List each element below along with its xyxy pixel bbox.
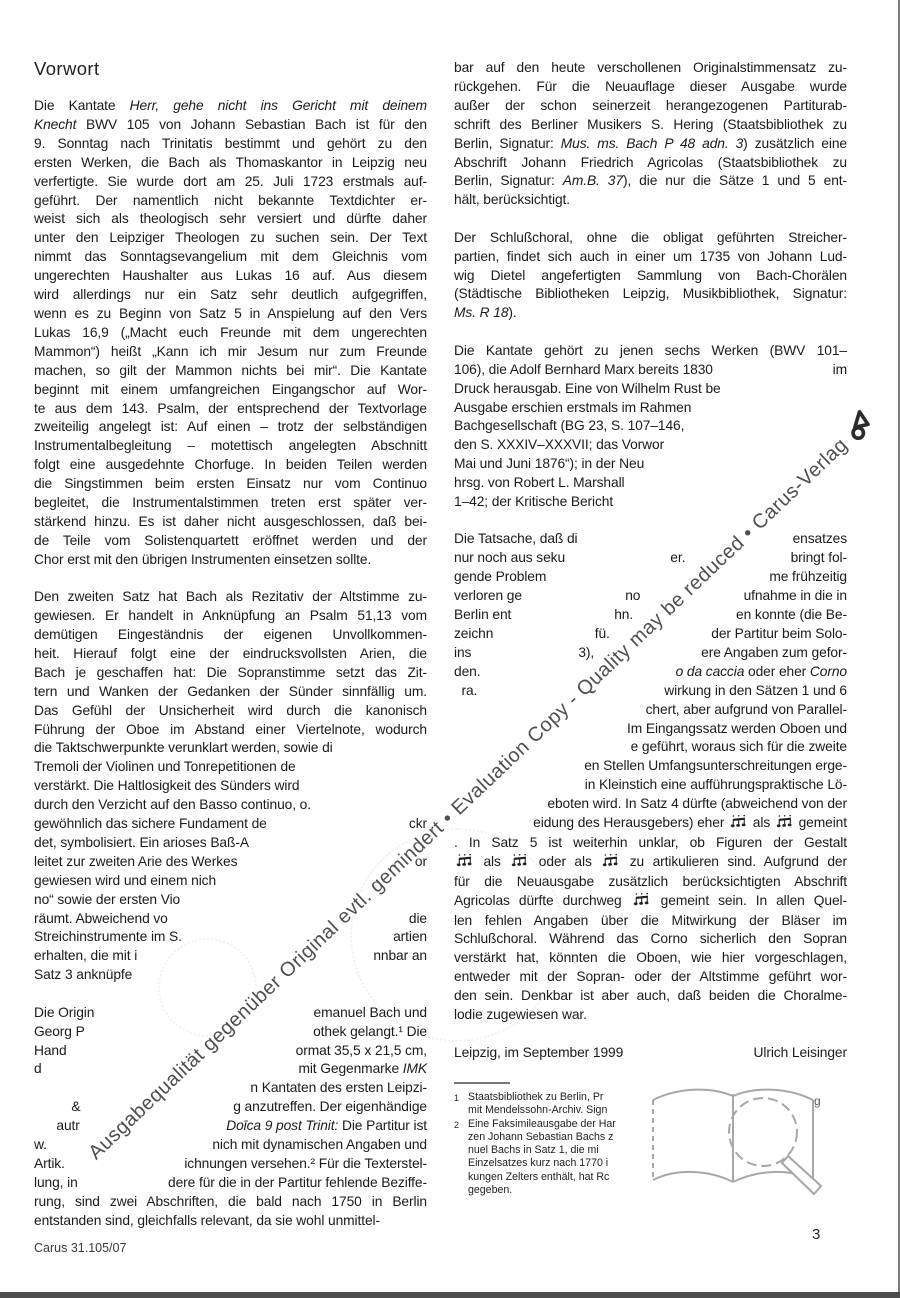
text-fragment: erhalten, die mit i <box>34 947 137 966</box>
text-line: Druck herausgab. Eine von Wilhelm Rust b… <box>454 380 847 399</box>
text-line: durch den Verzicht auf den Basso continu… <box>34 796 427 815</box>
text-line: wird allerdings nur ein Satz sehr deutli… <box>34 286 427 305</box>
text-line: hält, berücksichtigt. <box>454 191 847 210</box>
text-line: weist sich als theologisch sehr versiert… <box>34 210 427 229</box>
magnifier-handle <box>782 1156 821 1194</box>
text-line: Schlußchoral. Während das Corno sicherli… <box>454 930 847 949</box>
text-line: begleitet, die Instrumentalstimmen trete… <box>34 494 427 513</box>
text-line: verstärkt hat, könnten die Oboen, wie hi… <box>454 949 847 968</box>
text-line: Agricolas dürfte durchweg gemeint sein. … <box>454 892 847 912</box>
text-fragment: wirkung in den Sätzen 1 und 6 <box>664 682 847 701</box>
text-fragment: en Stellen Umfangsunterschreitungen erge… <box>584 757 847 776</box>
book-magnifier-logo <box>645 1086 830 1205</box>
text-line: dmit Gegenmarke IMK <box>34 1060 427 1079</box>
text-fragment: mit Gegenmarke IMK <box>298 1060 427 1079</box>
page-number: 3 <box>812 1226 820 1243</box>
text-line: Berlin, Signatur: Am.B. 37), die nur die… <box>454 172 847 191</box>
text-line: gewöhnlich das sichere Fundament deckr <box>34 815 427 834</box>
text-line: geführt. Der namentlich nicht bekannte T… <box>34 192 427 211</box>
text-fragment: w. <box>34 1136 47 1155</box>
footnote-line: Eine Faksimileausgabe der Har <box>468 1118 616 1131</box>
text-fragment: gende Problem <box>454 568 546 587</box>
text-fragment: den. <box>454 663 480 682</box>
text-line: als oder als zu artikulieren sind. Aufgr… <box>454 853 847 873</box>
text-fragment: Doīca 9 post Trinit: Die Partitur ist <box>226 1117 427 1136</box>
text-fragment: Ulrich Leisinger <box>754 1044 847 1063</box>
text-line: den S. XXXIV–XXXVII; das Vorwor <box>454 436 847 455</box>
text-fragment: chert, aber aufgrund von Parallel- <box>646 701 847 720</box>
text-line: Bach je geschaffen hat: Die Sopranstimme… <box>34 664 427 683</box>
text-fragment: räumt. Abweichend vo <box>34 910 168 929</box>
text-line: machen, so gilt der Mammon nichts bei mi… <box>34 362 427 381</box>
text-line: rung, sind zwei Abschriften, die bald na… <box>34 1193 427 1212</box>
text-line: Abschrift Johann Friedrich Agricolas (St… <box>454 154 847 173</box>
text-fragment: eboten wird. In Satz 4 dürfte (abweichen… <box>547 795 847 814</box>
text-line: den sein. Denkbar ist aber auch, daß bei… <box>454 987 847 1006</box>
text-line: Streichinstrumente im S.artien <box>34 928 427 947</box>
text-fragment: me frühzeitig <box>769 568 847 587</box>
text-fragment: d <box>34 1060 42 1079</box>
text-fragment: nnbar an <box>373 947 427 966</box>
text-line: bar auf den heute verschollenen Original… <box>454 59 847 78</box>
paragraph: Leipzig, im September 1999Ulrich Leising… <box>454 1044 847 1063</box>
catalog-number: Carus 31.105/07 <box>34 1241 126 1255</box>
text-line: chert, aber aufgrund von Parallel- <box>454 701 847 720</box>
stray-text-fragment: g <box>814 1094 821 1108</box>
text-fragment: Die Tatsache, daß di <box>454 530 578 549</box>
text-line: &g anzutreffen. Der eigenhändige <box>34 1098 427 1117</box>
text-line: schrift des Berliner Musikers S. Hering … <box>454 116 847 135</box>
footnote-line: mit Mendelssohn-Archiv. Sign <box>468 1104 607 1117</box>
text-fragment: dere für die in der Partitur fehlende Be… <box>168 1174 427 1193</box>
text-fragment: die <box>409 910 427 929</box>
text-fragment: g anzutreffen. Der eigenhändige <box>233 1098 427 1117</box>
footnote-number: 2 <box>454 1118 463 1198</box>
text-line: ungerechten Haushalter aus Lukas 16 auf.… <box>34 267 427 286</box>
text-line: nimmt das Sonntagsevangelium mit dem Gle… <box>34 248 427 267</box>
text-line: heit. Hierauf folgt eine der eindrucksvo… <box>34 645 427 664</box>
footnote-line: gegeben. <box>468 1184 616 1197</box>
text-fragment: der Partitur beim Solo- <box>711 625 847 644</box>
paragraph: Den zweiten Satz hat Bach als Rezitativ … <box>34 588 427 985</box>
text-fragment: ins <box>454 644 471 663</box>
text-line: gende Problemme frühzeitig <box>454 568 847 587</box>
text-line: (Städtische Bibliotheken Leipzig, Musikb… <box>454 285 847 304</box>
music-figure-icon <box>511 854 528 873</box>
text-line: Mammon“) heißt „Kann ich mir Jesum nur z… <box>34 343 427 362</box>
text-line: die Singstimmen beim ersten Einsatz nur … <box>34 475 427 494</box>
text-fragment: er. <box>670 549 685 568</box>
footnote-line: nuel Bachs in Satz 1, die mi <box>468 1144 616 1157</box>
footnote-number: 1 <box>454 1091 463 1118</box>
text-line: 106), die Adolf Bernhard Marx bereits 18… <box>454 361 847 380</box>
text-line: Die Kantate Herr, gehe nicht ins Gericht… <box>34 97 427 116</box>
text-fragment: Berlin ent <box>454 606 511 625</box>
text-line: Chor erst mit den übrigen Instrumenten e… <box>34 551 427 570</box>
text-line: wenn es zu Beginn von Satz 5 in Anspielu… <box>34 305 427 324</box>
text-line: Ms. R 18). <box>454 304 847 323</box>
text-fragment: lung, in <box>34 1174 78 1193</box>
text-fragment: autr <box>34 1117 80 1136</box>
text-line: lung, indere für die in der Partitur feh… <box>34 1174 427 1193</box>
text-line: ra.wirkung in den Sätzen 1 und 6 <box>454 682 847 701</box>
scan-edge-bottom <box>0 1292 900 1298</box>
text-line: Der Schlußchoral, ohne die obligat gefüh… <box>454 229 847 248</box>
footnote-text: Eine Faksimileausgabe der Harzen Johann … <box>468 1118 616 1198</box>
text-fragment: eidung des Herausgebers) eher als gemein… <box>533 814 847 834</box>
music-figure-icon <box>730 815 747 834</box>
text-fragment: ormat 35,5 x 21,5 cm, <box>296 1042 427 1061</box>
text-fragment: e geführt, woraus sich für die zweite <box>631 738 847 757</box>
text-fragment: ra. <box>454 682 477 701</box>
text-fragment: ufnahme in die in <box>744 587 847 606</box>
text-column-right: bar auf den heute verschollenen Original… <box>454 59 847 1081</box>
text-line: für die Neuausgabe zusätzlich berücksich… <box>454 873 847 892</box>
text-line: rückgehen. Für die Neuauflage dieser Aus… <box>454 78 847 97</box>
text-line: eboten wird. In Satz 4 dürfte (abweichen… <box>454 795 847 814</box>
text-fragment: im <box>833 361 847 380</box>
music-figure-icon <box>776 815 793 834</box>
text-fragment: nur noch aus seku <box>454 549 565 568</box>
paragraph: bar auf den heute verschollenen Original… <box>454 59 847 210</box>
text-line: Leipzig, im September 1999Ulrich Leising… <box>454 1044 847 1063</box>
text-fragment: gewöhnlich das sichere Fundament de <box>34 815 267 834</box>
text-fragment: 106), die Adolf Bernhard Marx bereits 18… <box>454 361 713 380</box>
text-line: folgt eine ausgedehnte Chorfuge. In beid… <box>34 456 427 475</box>
text-line: ersten Werken, die Bach als Thomaskantor… <box>34 154 427 173</box>
text-line: partien, findet sich auch in einer um 17… <box>454 248 847 267</box>
text-line: den.o da caccia oder eher Corno <box>454 663 847 682</box>
text-fragment: zeichn <box>454 625 493 644</box>
music-figure-icon <box>456 854 473 873</box>
text-fragment: n Kantaten des ersten Leipzi- <box>250 1079 427 1098</box>
text-line: eidung des Herausgebers) eher als gemein… <box>454 814 847 834</box>
music-figure-icon <box>602 854 619 873</box>
footnote-line: zen Johann Sebastian Bachs z <box>468 1131 616 1144</box>
text-fragment: o da caccia oder eher Corno <box>676 663 847 682</box>
text-line: beginnt mit einem umfangreichen Eingangs… <box>34 381 427 400</box>
text-fragment: Georg P <box>34 1023 85 1042</box>
text-line: Führung der Oboe im Abstand einer Vierte… <box>34 721 427 740</box>
text-line: Die Tatsache, daß diensatzes <box>454 530 847 549</box>
text-fragment: ensatzes <box>793 530 847 549</box>
text-line: Das Gefühl der Unsicherheit wird durch d… <box>34 702 427 721</box>
text-line: . In Satz 5 ist weiterhin unklar, ob Fig… <box>454 834 847 853</box>
text-fragment: othek gelangt.¹ Die <box>313 1023 427 1042</box>
text-line: Tremoli der Violinen und Tonrepetitionen… <box>34 758 427 777</box>
text-fragment: Die Origin <box>34 1004 94 1023</box>
text-line: Instrumentalbegleitung – motettisch ange… <box>34 437 427 456</box>
text-fragment: & <box>34 1098 80 1117</box>
text-line: verstärkt. Die Haltlosigkeit des Sünders… <box>34 777 427 796</box>
text-fragment: verloren ge <box>454 587 522 606</box>
scanned-page: Vorwort Die Kantate Herr, gehe nicht ins… <box>0 0 900 1298</box>
paragraph: Der Schlußchoral, ohne die obligat gefüh… <box>454 229 847 324</box>
text-fragment: ere Angaben zum gefor- <box>701 644 847 663</box>
text-line: te aus dem 143. Psalm, der entsprechend … <box>34 400 427 419</box>
text-line: Die Kantate gehört zu jenen sechs Werken… <box>454 342 847 361</box>
text-line: Lukas 16,9 („Macht euch Freunde mit dem … <box>34 324 427 343</box>
footnote-line: Staatsbibliothek zu Berlin, Pr <box>468 1091 607 1104</box>
text-fragment: Streichinstrumente im S. <box>34 928 182 947</box>
text-line: nur noch aus sekuer.bringt fol- <box>454 549 847 568</box>
footnote-rule <box>454 1082 510 1084</box>
text-line: len fehlen Angaben über die Mitwirkung d… <box>454 912 847 931</box>
text-line: Knecht BWV 105 von Johann Sebastian Bach… <box>34 116 427 135</box>
text-line: Ausgabe erschien erstmals im Rahmen <box>454 399 847 418</box>
text-fragment: ichnungen versehen.² Für die Texterstel- <box>184 1155 427 1174</box>
page-title: Vorwort <box>34 58 100 80</box>
text-fragment: bringt fol- <box>791 549 847 568</box>
text-fragment: leitet zur zweiten Arie des Werkes <box>34 853 237 872</box>
text-line: unter den Leipziger Theologen zu suchen … <box>34 229 427 248</box>
text-line: verfertigte. Sie wurde dort am 25. Juli … <box>34 173 427 192</box>
text-line: wig Dietel angefertigten Sammlung von Ba… <box>454 267 847 286</box>
text-line: erhalten, die mit innbar an <box>34 947 427 966</box>
text-line: stärkend hinzu. Es ist daher nicht ausge… <box>34 513 427 532</box>
text-fragment: Im Eingangssatz werden Oboen und <box>627 720 847 739</box>
text-line: tern und Wanken der Gedanken der Sünder … <box>34 683 427 702</box>
text-fragment: Artik. <box>34 1155 65 1174</box>
footnote-text: Staatsbibliothek zu Berlin, Prmit Mendel… <box>468 1091 607 1118</box>
text-line: zweiteilig angelegt ist: Auf einen – tro… <box>34 418 427 437</box>
music-figure-icon <box>633 893 650 912</box>
text-line: demütigen Eingeständnis der eigenen Unvo… <box>34 626 427 645</box>
text-fragment: Hand <box>34 1042 67 1061</box>
footnote-line: Einzelsatzes kurz nach 1770 i <box>468 1157 616 1170</box>
magnifier-lens <box>729 1098 797 1166</box>
paragraph: Die Kantate Herr, gehe nicht ins Gericht… <box>34 97 427 570</box>
text-line: Den zweiten Satz hat Bach als Rezitativ … <box>34 588 427 607</box>
text-line: Satz 3 anknüpfe <box>34 966 427 985</box>
text-column-left: Die Kantate Herr, gehe nicht ins Gericht… <box>34 97 427 1249</box>
text-fragment: emanuel Bach und <box>314 1004 427 1023</box>
text-line: außer der schon seinerzeit herangezogene… <box>454 97 847 116</box>
text-line: n Kantaten des ersten Leipzi- <box>34 1079 427 1098</box>
text-fragment: Leipzig, im September 1999 <box>454 1044 623 1063</box>
text-line: gewiesen. Er handelt in Anknüpfung an Ps… <box>34 607 427 626</box>
text-fragment: no <box>625 587 640 606</box>
text-line: entstanden sind, gleichfalls relevant, d… <box>34 1212 427 1231</box>
text-line: Bachgesellschaft (BG 23, S. 107–146, <box>454 417 847 436</box>
text-fragment: en konnte (die Be- <box>736 606 847 625</box>
text-fragment: artien <box>393 928 427 947</box>
text-line: entweder mit der Sopran- oder der Altsti… <box>454 968 847 987</box>
text-line: 9. Sonntag nach Trinitatis bestimmt und … <box>34 135 427 154</box>
text-line: det, symbolisiert. Ein arioses Baß-A <box>34 834 427 853</box>
text-fragment: in Kleinstich eine aufführungspraktische… <box>585 776 847 795</box>
text-line: lodie zugewiesen war. <box>454 1006 847 1025</box>
text-line: de Teile vom Solistenquartett eröffnet w… <box>34 532 427 551</box>
footnote-line: kungen Zelters enthält, hat Rc <box>468 1171 616 1184</box>
text-line: Berlin, Signatur: Mus. ms. Bach P 48 adn… <box>454 135 847 154</box>
text-line: die Taktschwerpunkte verunklart werden, … <box>34 739 427 758</box>
text-fragment: nich mit dynamischen Angaben und <box>212 1136 427 1155</box>
